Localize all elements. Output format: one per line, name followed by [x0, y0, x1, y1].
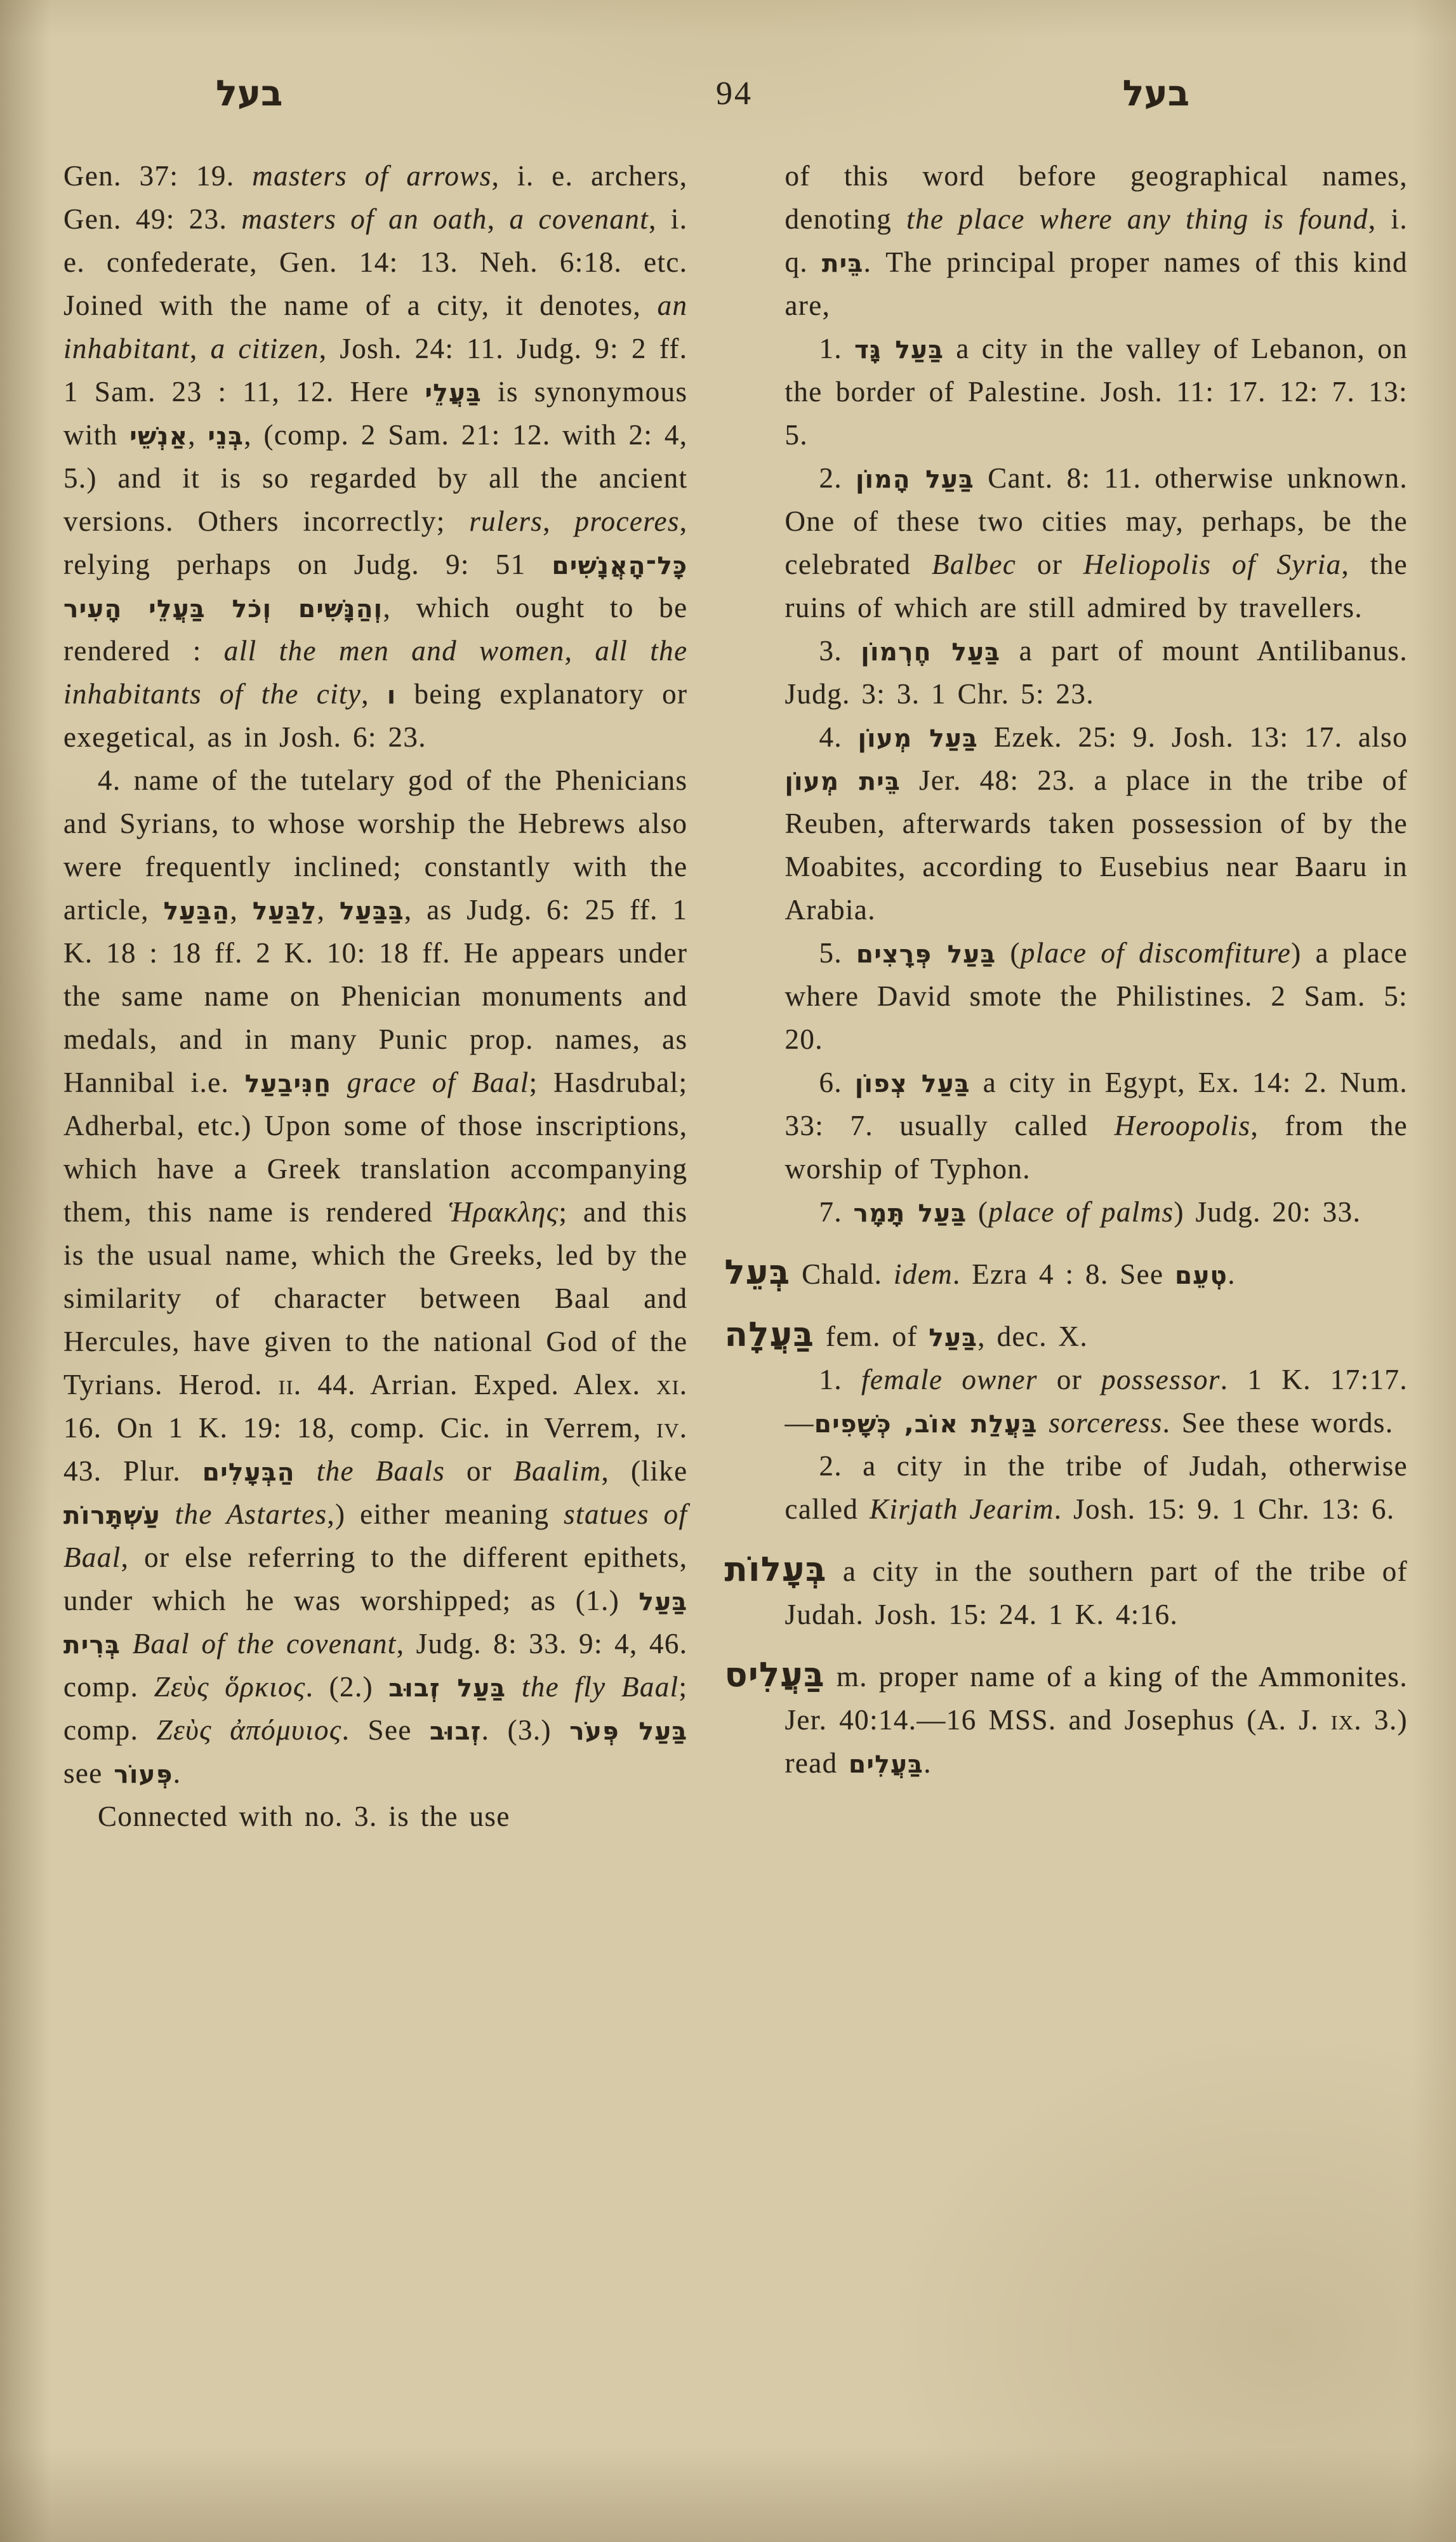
paragraph: 1. בַּעַל גָּד a city in the valley of L… [784, 327, 1408, 456]
hebrew-word: אַנְשֵׁי [129, 422, 188, 451]
text-segment: , [230, 894, 252, 926]
paragraph: 1. female owner or possessor. 1 K. 17:17… [784, 1358, 1408, 1444]
column-right: of this word before geographical names, … [724, 154, 1408, 2504]
text-segment [295, 1455, 317, 1487]
text-segment: 3. [819, 635, 861, 667]
hebrew-word: בַּעַל גָּד [854, 336, 944, 364]
hebrew-word: בַּעֲלִים [849, 1750, 923, 1779]
paragraph: 7. בַּעַל תָּמָר (place of palms) Judg. … [784, 1190, 1408, 1234]
hebrew-word: חַנִּיבַעַל [245, 1070, 332, 1098]
hebrew-headword: בְּעֵל [724, 1253, 790, 1292]
text-segment: . Josh. 15: 9. 1 Chr. 13: 6. [1054, 1493, 1395, 1525]
page-number: 94 [716, 75, 753, 112]
greek-word: Ζεὺς ἀπόμυιος [157, 1714, 342, 1746]
text-segment: Gen. 37: 19. [63, 160, 252, 192]
greek-word: Ἡρακλης [449, 1196, 559, 1228]
hebrew-word: בַּעַל תָּמָר [854, 1199, 967, 1228]
text-segment: , [543, 505, 574, 537]
hebrew-word: בַּעַל צְפוֹן [855, 1070, 970, 1098]
text-segment [331, 1067, 347, 1098]
text-segment: ix [1331, 1704, 1354, 1736]
text-segment: the fly Baal [522, 1671, 679, 1703]
column-left: Gen. 37: 19. masters of arrows, i. e. ar… [63, 154, 687, 2504]
paragraph: Gen. 37: 19. masters of arrows, i. e. ar… [63, 154, 687, 759]
hebrew-word: בֵּית [822, 250, 864, 278]
text-segment [161, 1498, 175, 1530]
text-segment: . See these words. [1163, 1407, 1394, 1439]
hebrew-headword: בְּעָלוֹת [724, 1550, 826, 1589]
text-segment: Balbec [932, 549, 1016, 580]
text-segment: fem. of [814, 1321, 929, 1352]
hebrew-word: בַּבַּעַל [340, 897, 404, 926]
text-segment: , [317, 894, 340, 926]
hebrew-word: בַּעַל פְּרָצִים [856, 940, 996, 969]
text-segment: 2. [819, 462, 856, 494]
text-segment: ) Judg. 20: 33. [1174, 1196, 1361, 1228]
text-segment: , [188, 419, 208, 451]
text-segment: m. proper name of a king of the Ammonite… [784, 1661, 1408, 1736]
text-segment: Heliopolis of Syria [1083, 549, 1342, 580]
running-head-right-hebrew: בעל [1123, 73, 1399, 114]
hebrew-word: זְבוּב [430, 1717, 482, 1746]
hebrew-headword: בַּעֲלִיס [724, 1655, 825, 1694]
paragraph: Connected with no. 3. is the use [63, 1795, 687, 1838]
page-header: בעל 94 בעל [70, 58, 1399, 128]
hebrew-word: הַבְּעָלִים [202, 1458, 295, 1487]
text-segment: xi [656, 1369, 680, 1401]
hebrew-word: בַּעֲלֵי [425, 379, 482, 408]
text-segment: the Baals [317, 1455, 446, 1487]
entry-paragraph: בַּעֲלִיס m. proper name of a king of th… [784, 1655, 1408, 1785]
text-segment: ( [996, 937, 1020, 969]
text-segment: , [190, 333, 211, 364]
text-segment: , [361, 678, 387, 710]
hebrew-word: בַּעַל פְּעֹר [569, 1717, 687, 1746]
text-segment: . (2.) [306, 1671, 389, 1703]
paragraph: 4. בַּעַל מְעוֹן Ezek. 25: 9. Josh. 13: … [784, 715, 1408, 931]
text-segment: sorceress [1049, 1407, 1162, 1439]
text-segment: or [1016, 549, 1083, 580]
paragraph: of this word before geographical names, … [784, 154, 1408, 327]
hebrew-word: בַּעַל זְבוּב [388, 1674, 506, 1703]
hebrew-word: בַּעַל חֶרְמוֹן [861, 638, 1000, 667]
text-segment: . See [342, 1714, 430, 1746]
page-body: Gen. 37: 19. masters of arrows, i. e. ar… [63, 154, 1408, 2504]
hebrew-word: בַּעֲלַת אוֹב, כְּשָׁפִים [814, 1410, 1038, 1439]
hebrew-word: בַּעַל [929, 1324, 977, 1352]
hebrew-word: עַשְׁתָּרוֹת [63, 1501, 161, 1530]
text-segment: , [487, 203, 510, 235]
text-segment: or [1038, 1364, 1101, 1395]
text-segment: 5. [819, 937, 856, 969]
text-segment: female owner [861, 1364, 1038, 1395]
entry-paragraph: בַּעֲלָה fem. of בַּעַל, dec. X. [784, 1315, 1408, 1358]
hebrew-word: בֵּית מְעוֹן [784, 768, 901, 796]
paragraph: 3. בַּעַל חֶרְמוֹן a part of mount Antil… [784, 629, 1408, 715]
text-segment: . [923, 1747, 932, 1779]
text-segment: ,) either meaning [327, 1498, 564, 1530]
hebrew-headword: בַּעֲלָה [724, 1315, 814, 1354]
text-segment: place of palms [988, 1196, 1174, 1228]
text-segment: . 44. Arrian. Exped. Alex. [294, 1369, 656, 1401]
paragraph: 2. a city in the tribe of Judah, otherwi… [784, 1444, 1408, 1531]
text-segment: a citizen [211, 333, 319, 364]
entry-paragraph: בְּעֵל Chald. idem. Ezra 4 : 8. See טְעֵ… [784, 1253, 1408, 1296]
entry-paragraph: בְּעָלוֹת a city in the southern part of… [784, 1550, 1408, 1636]
paragraph: 2. בַּעַל הָמוֹן Cant. 8: 11. otherwise … [784, 456, 1408, 629]
hebrew-word: לַבַּעַל [253, 897, 317, 926]
running-head-left-hebrew: בעל [70, 73, 282, 114]
hebrew-word: פְּעוֹר [114, 1760, 173, 1789]
text-segment [506, 1671, 521, 1703]
text-segment: rulers [469, 505, 543, 537]
text-segment: 7. [819, 1196, 853, 1228]
text-segment: ( [967, 1196, 988, 1228]
text-segment: 1. [819, 1364, 861, 1395]
text-segment: or [445, 1455, 513, 1487]
text-segment: grace of Baal [347, 1067, 529, 1098]
text-segment: Heroopolis [1115, 1110, 1251, 1141]
text-segment: place of discomfiture [1021, 937, 1291, 969]
hebrew-word: ו [387, 681, 397, 710]
text-segment: Connected with no. 3. is the use [98, 1800, 510, 1832]
text-segment: , dec. X. [977, 1321, 1088, 1352]
greek-word: Ζεὺς ὅρκιος [154, 1671, 306, 1703]
text-segment: 4. [819, 721, 857, 753]
text-segment: a covenant [509, 203, 649, 235]
text-segment [1038, 1407, 1049, 1439]
text-segment: ii [279, 1369, 294, 1401]
text-segment: Baalim [513, 1455, 601, 1487]
text-segment: masters of arrows [252, 160, 491, 192]
paragraph: 6. בַּעַל צְפוֹן a city in Egypt, Ex. 14… [784, 1061, 1408, 1190]
text-segment: a city in the southern part of the tribe… [784, 1555, 1408, 1630]
text-segment: . [173, 1757, 182, 1789]
text-segment: the Astartes [175, 1498, 328, 1530]
hebrew-word: בְּנֵי [208, 422, 244, 451]
hebrew-word: בַּעַל מְעוֹן [858, 724, 979, 753]
text-segment: . Ezra 4 : 8. See [953, 1258, 1175, 1290]
text-segment: masters of an oath [241, 203, 487, 235]
text-segment: proceres [574, 505, 679, 537]
text-segment: Baal of the covenant [133, 1628, 397, 1660]
scanned-lexicon-page: בעל 94 בעל Gen. 37: 19. masters of arrow… [0, 0, 1456, 2542]
hebrew-word: טְעֵם [1175, 1261, 1228, 1290]
text-segment: , or else referring to the different epi… [63, 1541, 687, 1616]
text-segment: possessor [1101, 1364, 1221, 1395]
text-segment: the place where any thing is found [906, 203, 1368, 235]
text-segment: . The principal proper names of this kin… [784, 246, 1408, 321]
text-segment: iv [656, 1412, 680, 1444]
text-segment: 6. [819, 1067, 854, 1098]
text-segment [121, 1628, 132, 1660]
text-segment: Kirjath Jearim [870, 1493, 1054, 1525]
hebrew-word: בַּעַל הָמוֹן [856, 465, 974, 494]
text-segment: see [63, 1757, 114, 1789]
text-segment: . [1228, 1258, 1236, 1290]
paragraph: 5. בַּעַל פְּרָצִים (place of discomfitu… [784, 931, 1408, 1061]
text-segment: . (3.) [482, 1714, 570, 1746]
text-segment: 1. [819, 333, 854, 364]
text-segment: Ezek. 25: 9. Josh. 13: 17. also [978, 721, 1408, 753]
paragraph: 4. name of the tutelary god of the Pheni… [63, 759, 687, 1795]
text-segment: Chald. [790, 1258, 893, 1290]
text-segment: , (like [602, 1455, 688, 1487]
hebrew-word: הַבַּעַל [164, 897, 230, 926]
text-segment: idem [894, 1258, 953, 1290]
